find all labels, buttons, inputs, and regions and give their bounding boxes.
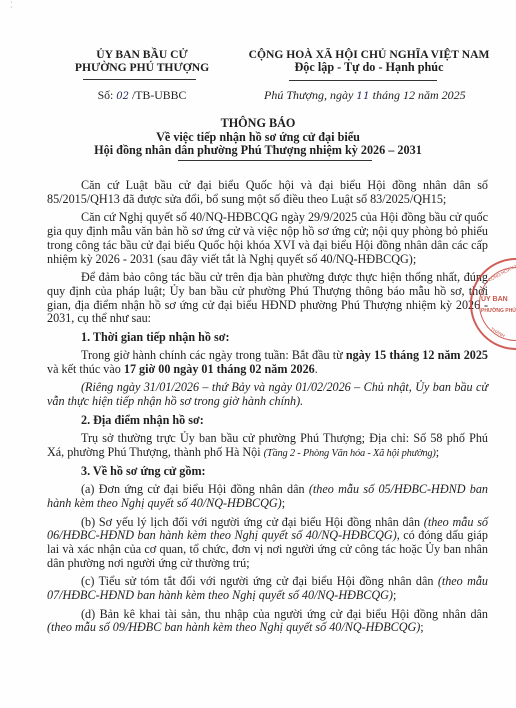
scan-mark: ·· (10, 0, 13, 10)
item-b: (b) Sơ yếu lý lịch đối với người ứng cử … (47, 516, 488, 571)
title-underline (178, 160, 372, 161)
national-motto: CỘNG HOÀ XÃ HỘI CHỦ NGHĨA VIỆT NAM Độc l… (230, 48, 508, 74)
title-line3: Hội đồng nhân dân phường Phú Thượng nhiệ… (40, 144, 476, 158)
notice-body: Căn cứ Luật bầu cử đại biểu Quốc hội và … (47, 179, 488, 640)
purpose-paragraph: Để đảm bảo công tác bầu cử trên địa bàn … (47, 271, 488, 326)
item-d: (d) Bản kê khai tài sản, thu nhập của ng… (47, 608, 488, 636)
section-2-text: Trụ sở thường trực Ủy ban bầu cử phường … (47, 432, 488, 461)
document-page: ·· ỦY BAN BẦU CỬ PHƯỜNG PHÚ THƯỢNG CỘNG … (0, 0, 516, 708)
date-year-label: năm (418, 88, 439, 102)
section-3-heading: 3. Về hồ sơ ứng cử gồm: (47, 465, 488, 479)
section-1-heading: 1. Thời gian tiếp nhận hồ sơ: (47, 331, 488, 345)
issuing-authority-line1: ỦY BAN BẦU CỬ (62, 48, 222, 61)
date-prefix: Phú Thượng, ngày (264, 88, 353, 102)
section-2-heading: 2. Địa điểm nhận hồ sơ: (47, 414, 488, 428)
item-c: (c) Tiểu sử tóm tắt đối với người ứng cử… (47, 575, 488, 603)
title-line2: Về việc tiếp nhận hồ sơ ứng cử đại biểu (40, 131, 476, 145)
issue-date: Phú Thượng, ngày 11 tháng 12 năm 2025 (264, 88, 466, 103)
issuing-authority: ỦY BAN BẦU CỬ PHƯỜNG PHÚ THƯỢNG (62, 48, 222, 74)
issuing-authority-line2: PHƯỜNG PHÚ THƯỢNG (62, 61, 222, 74)
date-month-label: tháng (373, 88, 400, 102)
section-1-note: (Riêng ngày 31/01/2026 – thứ Bảy và ngày… (47, 381, 488, 409)
authority-underline (83, 79, 196, 80)
motto-underline (289, 80, 437, 81)
legal-basis-1: Căn cứ Luật bầu cử đại biểu Quốc hội và … (47, 179, 488, 207)
motto: Độc lập - Tự do - Hạnh phúc (230, 61, 508, 74)
document-number: Số: 02 /TB-UBBC (62, 88, 222, 103)
date-day-handwritten: 11 (356, 90, 369, 102)
doc-number-suffix: /TB-UBBC (132, 88, 186, 102)
date-month: 12 (403, 88, 415, 102)
doc-number-handwritten: 02 (116, 91, 129, 102)
notice-title: THÔNG BÁO Về việc tiếp nhận hồ sơ ứng cử… (40, 117, 476, 158)
date-year: 2025 (442, 88, 466, 102)
seal-main-text: ỦY BAN (481, 296, 508, 303)
section-1-text: Trong giờ hành chính các ngày trong tuần… (47, 349, 488, 377)
legal-basis-2: Căn cứ Nghị quyết số 40/NQ-HĐBCQG ngày 2… (47, 211, 488, 266)
item-a: (a) Đơn ứng cử đại biểu Hội đồng nhân dâ… (47, 483, 488, 511)
doc-number-prefix: Số: (98, 88, 114, 102)
seal-sub-text: PHƯỜNG PHÚ THƯỢNG (481, 308, 516, 314)
title-line1: THÔNG BÁO (40, 117, 476, 131)
